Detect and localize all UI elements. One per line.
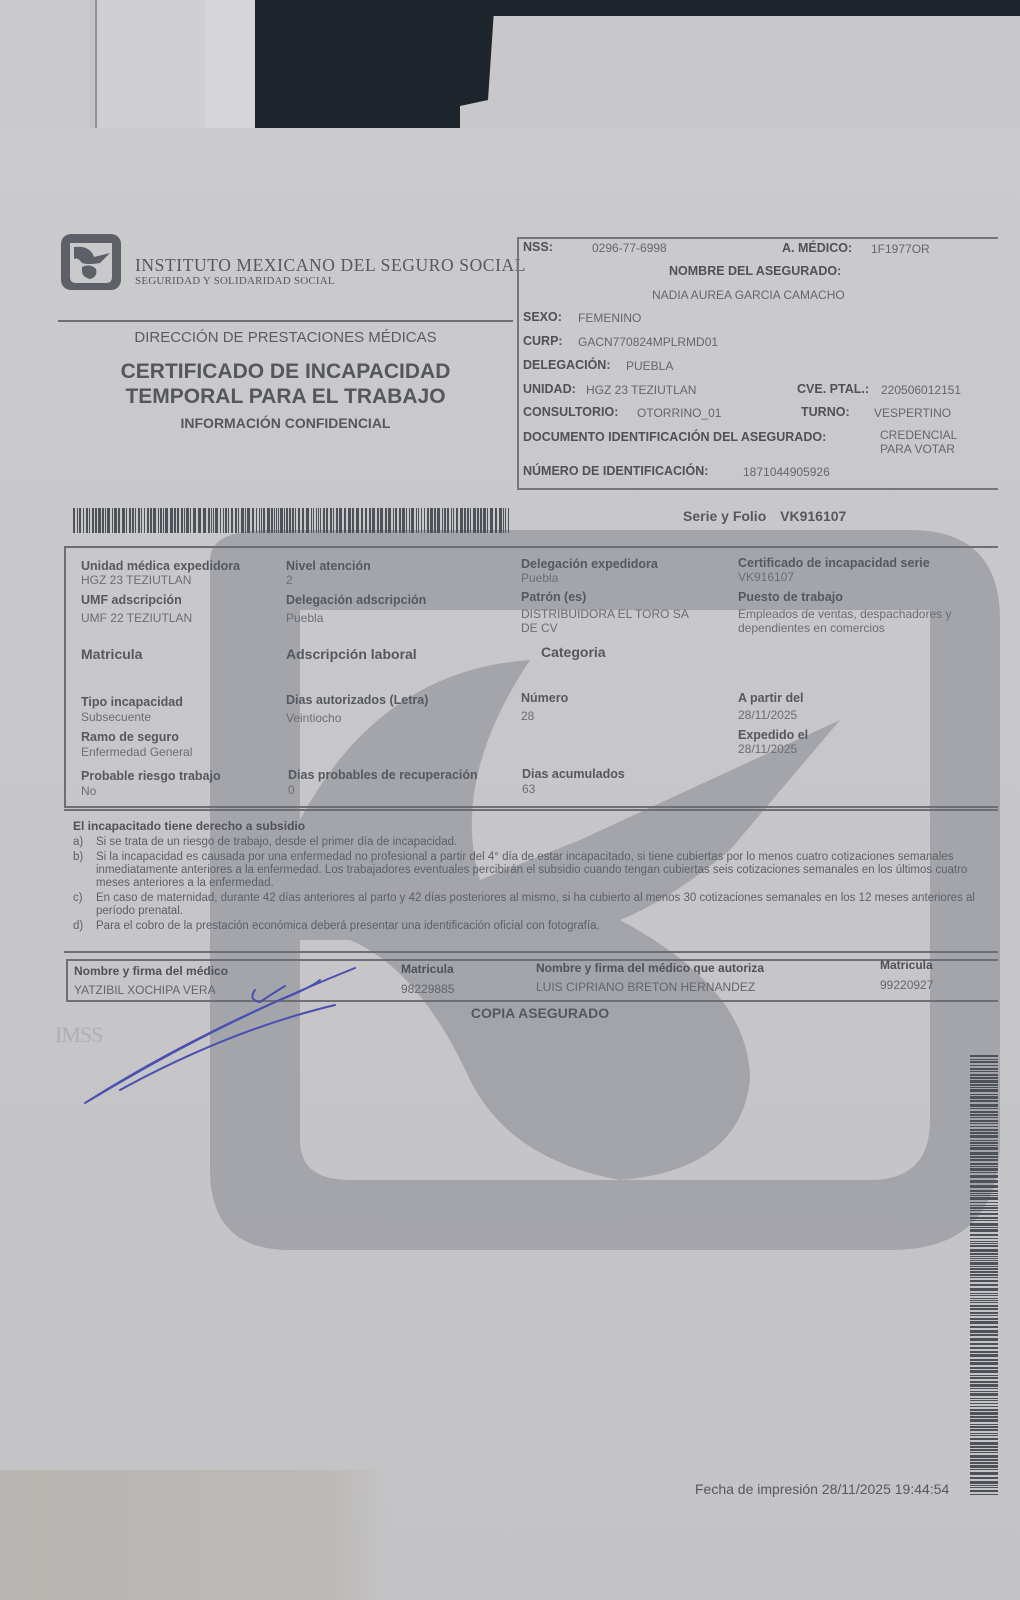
title-line-2: TEMPORAL PARA EL TRABAJO xyxy=(58,384,513,409)
paper-shadow xyxy=(0,1470,390,1600)
recuperacion-label: Dias probables de recuperación xyxy=(288,768,478,782)
matricula2-value: 99220927 xyxy=(880,978,933,992)
num-id-value: 1871044905926 xyxy=(743,465,830,479)
riesgo-value: No xyxy=(81,784,221,798)
deleg-ads-label: Delegación adscripción xyxy=(286,593,426,607)
dias-letra-value: Veintiocho xyxy=(286,711,428,725)
expedido-value: 28/11/2025 xyxy=(738,742,808,756)
puesto-line-2: dependientes en comercios xyxy=(738,621,951,635)
copy-type-label: COPIA ASEGURADO xyxy=(410,1005,670,1021)
apartir-label: A partir del xyxy=(738,691,804,705)
num-id-label: NÚMERO DE IDENTIFICACIÓN: xyxy=(523,464,708,478)
deleg-ads-value: Puebla xyxy=(286,611,426,625)
deleg-exp-label: Delegación expedidora xyxy=(521,557,658,571)
matricula1-value: 98229885 xyxy=(401,982,454,996)
apartir-value: 28/11/2025 xyxy=(738,708,804,722)
signatures-box: Nombre y firma del médico YATZIBIL XOCHI… xyxy=(66,959,998,1002)
numero-value: 28 xyxy=(521,709,568,723)
medico-label: A. MÉDICO: xyxy=(782,241,852,255)
serie-value: VK916107 xyxy=(780,508,846,524)
patron-label: Patrón (es) xyxy=(521,590,689,604)
patron-line-1: DISTRIBUIDORA EL TORO SA xyxy=(521,607,689,621)
autoriza-label: Nombre y firma del médico que autoriza xyxy=(536,961,764,975)
nss-value: 0296-77-6998 xyxy=(592,241,667,255)
subsidio-item-key: d) xyxy=(73,920,96,933)
turno-value: VESPERTINO xyxy=(874,406,951,420)
subsidio-section: El incapacitado tiene derecho a subsidio… xyxy=(73,819,998,935)
ramo-value: Enfermedad General xyxy=(81,745,192,759)
subsidio-item-text: Si la incapacidad es causada por una enf… xyxy=(96,851,998,890)
ramo-label: Ramo de seguro xyxy=(81,730,192,744)
unidad-value: HGZ 23 TEZIUTLAN xyxy=(586,383,696,397)
subsidio-header: El incapacitado tiene derecho a subsidio xyxy=(73,819,998,833)
umf-label: UMF adscripción xyxy=(81,593,192,607)
nivel-label: Nivel atención xyxy=(286,559,371,573)
matricula-label: Matricula xyxy=(81,646,142,662)
title-line-1: CERTIFICADO DE INCAPACIDAD xyxy=(58,359,513,384)
imss-stamp: IMSS xyxy=(55,1022,102,1048)
delegacion-label: DELEGACIÓN: xyxy=(523,358,611,372)
riesgo-label: Probable riesgo trabajo xyxy=(81,769,221,783)
doc-value-line2: PARA VOTAR xyxy=(880,442,955,456)
confidential-label: INFORMACIÓN CONFIDENCIAL xyxy=(58,415,513,431)
institution-tagline: SEGURIDAD Y SOLIDARIDAD SOCIAL xyxy=(135,275,335,287)
barcode-horizontal-icon xyxy=(73,508,509,533)
medico-value: 1F1977OR xyxy=(871,242,930,256)
subsidio-item: c)En caso de maternidad, durante 42 días… xyxy=(73,892,998,918)
sexo-value: FEMENINO xyxy=(578,311,641,325)
doc-label: DOCUMENTO IDENTIFICACIÓN DEL ASEGURADO: xyxy=(523,430,826,444)
umf-value: UMF 22 TEZIUTLAN xyxy=(81,611,192,625)
cve-value: 220506012151 xyxy=(881,383,961,397)
acumulados-label: Dias acumulados xyxy=(522,767,625,781)
subsidio-item-text: Si se trata de un riesgo de trabajo, des… xyxy=(96,836,457,849)
dias-letra-label: Dias autorizados (Letra) xyxy=(286,693,428,707)
subsidio-list: a)Si se trata de un riesgo de trabajo, d… xyxy=(73,836,998,933)
categoria-label: Categoria xyxy=(541,644,606,660)
imss-logo-icon xyxy=(60,233,122,291)
recuperacion-value: 0 xyxy=(288,783,478,797)
incapacity-details-box: Unidad médica expedidora HGZ 23 TEZIUTLA… xyxy=(64,546,998,808)
delegacion-value: PUEBLA xyxy=(626,359,673,373)
consultorio-label: CONSULTORIO: xyxy=(523,405,618,419)
curp-value: GACN770824MPLRMD01 xyxy=(578,335,718,349)
medico-name: YATZIBIL XOCHIPA VERA xyxy=(74,983,216,997)
medico-name-label: Nombre y firma del médico xyxy=(74,964,228,978)
puesto-line-1: Empleados de ventas, despachadores y xyxy=(738,607,951,621)
institution-name: INSTITUTO MEXICANO DEL SEGURO SOCIAL xyxy=(135,255,526,276)
cve-label: CVE. PTAL.: xyxy=(797,382,869,396)
subsidio-item-key: a) xyxy=(73,836,96,849)
puesto-label: Puesto de trabajo xyxy=(738,590,951,604)
subsidio-item: d)Para el cobro de la prestación económi… xyxy=(73,920,998,933)
doc-value-line1: CREDENCIAL xyxy=(880,428,957,442)
sexo-label: SEXO: xyxy=(523,310,562,324)
tipo-label: Tipo incapacidad xyxy=(81,695,183,709)
background-paper-stack xyxy=(460,16,1020,136)
turno-label: TURNO: xyxy=(801,405,850,419)
expedido-label: Expedido el xyxy=(738,728,808,742)
divider xyxy=(64,951,998,953)
curp-label: CURP: xyxy=(523,334,563,348)
deleg-exp-value: Puebla xyxy=(521,571,658,585)
background-paper-stack xyxy=(0,0,90,140)
insured-info-box: NSS: 0296-77-6998 A. MÉDICO: 1F1977OR NO… xyxy=(517,237,998,490)
subsidio-item: a)Si se trata de un riesgo de trabajo, d… xyxy=(73,836,998,849)
subsidio-item-text: Para el cobro de la prestación económica… xyxy=(96,920,600,933)
numero-label: Número xyxy=(521,691,568,705)
consultorio-value: OTORRINO_01 xyxy=(637,406,721,420)
subsidio-item-key: b) xyxy=(73,851,96,890)
background-paper-stack xyxy=(95,0,205,135)
cert-serie-label: Certificado de incapacidad serie xyxy=(738,556,930,570)
barcode-vertical-icon xyxy=(970,1055,998,1495)
page-title: CERTIFICADO DE INCAPACIDAD TEMPORAL PARA… xyxy=(58,359,513,409)
adscripcion-label: Adscripción laboral xyxy=(286,646,417,662)
unidad-exp-label: Unidad médica expedidora xyxy=(81,559,240,573)
unidad-exp-value: HGZ 23 TEZIUTLAN xyxy=(81,573,240,587)
patron-line-2: DE CV xyxy=(521,621,689,635)
insured-name: NADIA AUREA GARCIA CAMACHO xyxy=(652,288,845,302)
serie-label: Serie y Folio xyxy=(683,508,766,524)
divider xyxy=(64,809,998,811)
nivel-value: 2 xyxy=(286,573,371,587)
subsidio-item-text: En caso de maternidad, durante 42 días a… xyxy=(96,892,998,918)
acumulados-value: 63 xyxy=(522,782,625,796)
matricula1-label: Matricula xyxy=(401,962,454,976)
unidad-label: UNIDAD: xyxy=(523,382,576,396)
print-date: Fecha de impresión 28/11/2025 19:44:54 xyxy=(695,1481,949,1497)
matricula2-label: Matricula xyxy=(880,958,933,972)
direction-name: DIRECCIÓN DE PRESTACIONES MÉDICAS xyxy=(58,329,513,346)
nss-label: NSS: xyxy=(523,240,553,254)
tipo-value: Subsecuente xyxy=(81,710,183,724)
insured-name-label: NOMBRE DEL ASEGURADO: xyxy=(669,264,841,278)
autoriza-name: LUIS CIPRIANO BRETON HERNANDEZ xyxy=(536,980,755,994)
serie-folio: Serie y Folio VK916107 xyxy=(683,508,846,524)
cert-serie-value: VK916107 xyxy=(738,570,930,584)
subsidio-item-key: c) xyxy=(73,892,96,918)
divider xyxy=(58,320,513,322)
subsidio-item: b)Si la incapacidad es causada por una e… xyxy=(73,851,998,890)
